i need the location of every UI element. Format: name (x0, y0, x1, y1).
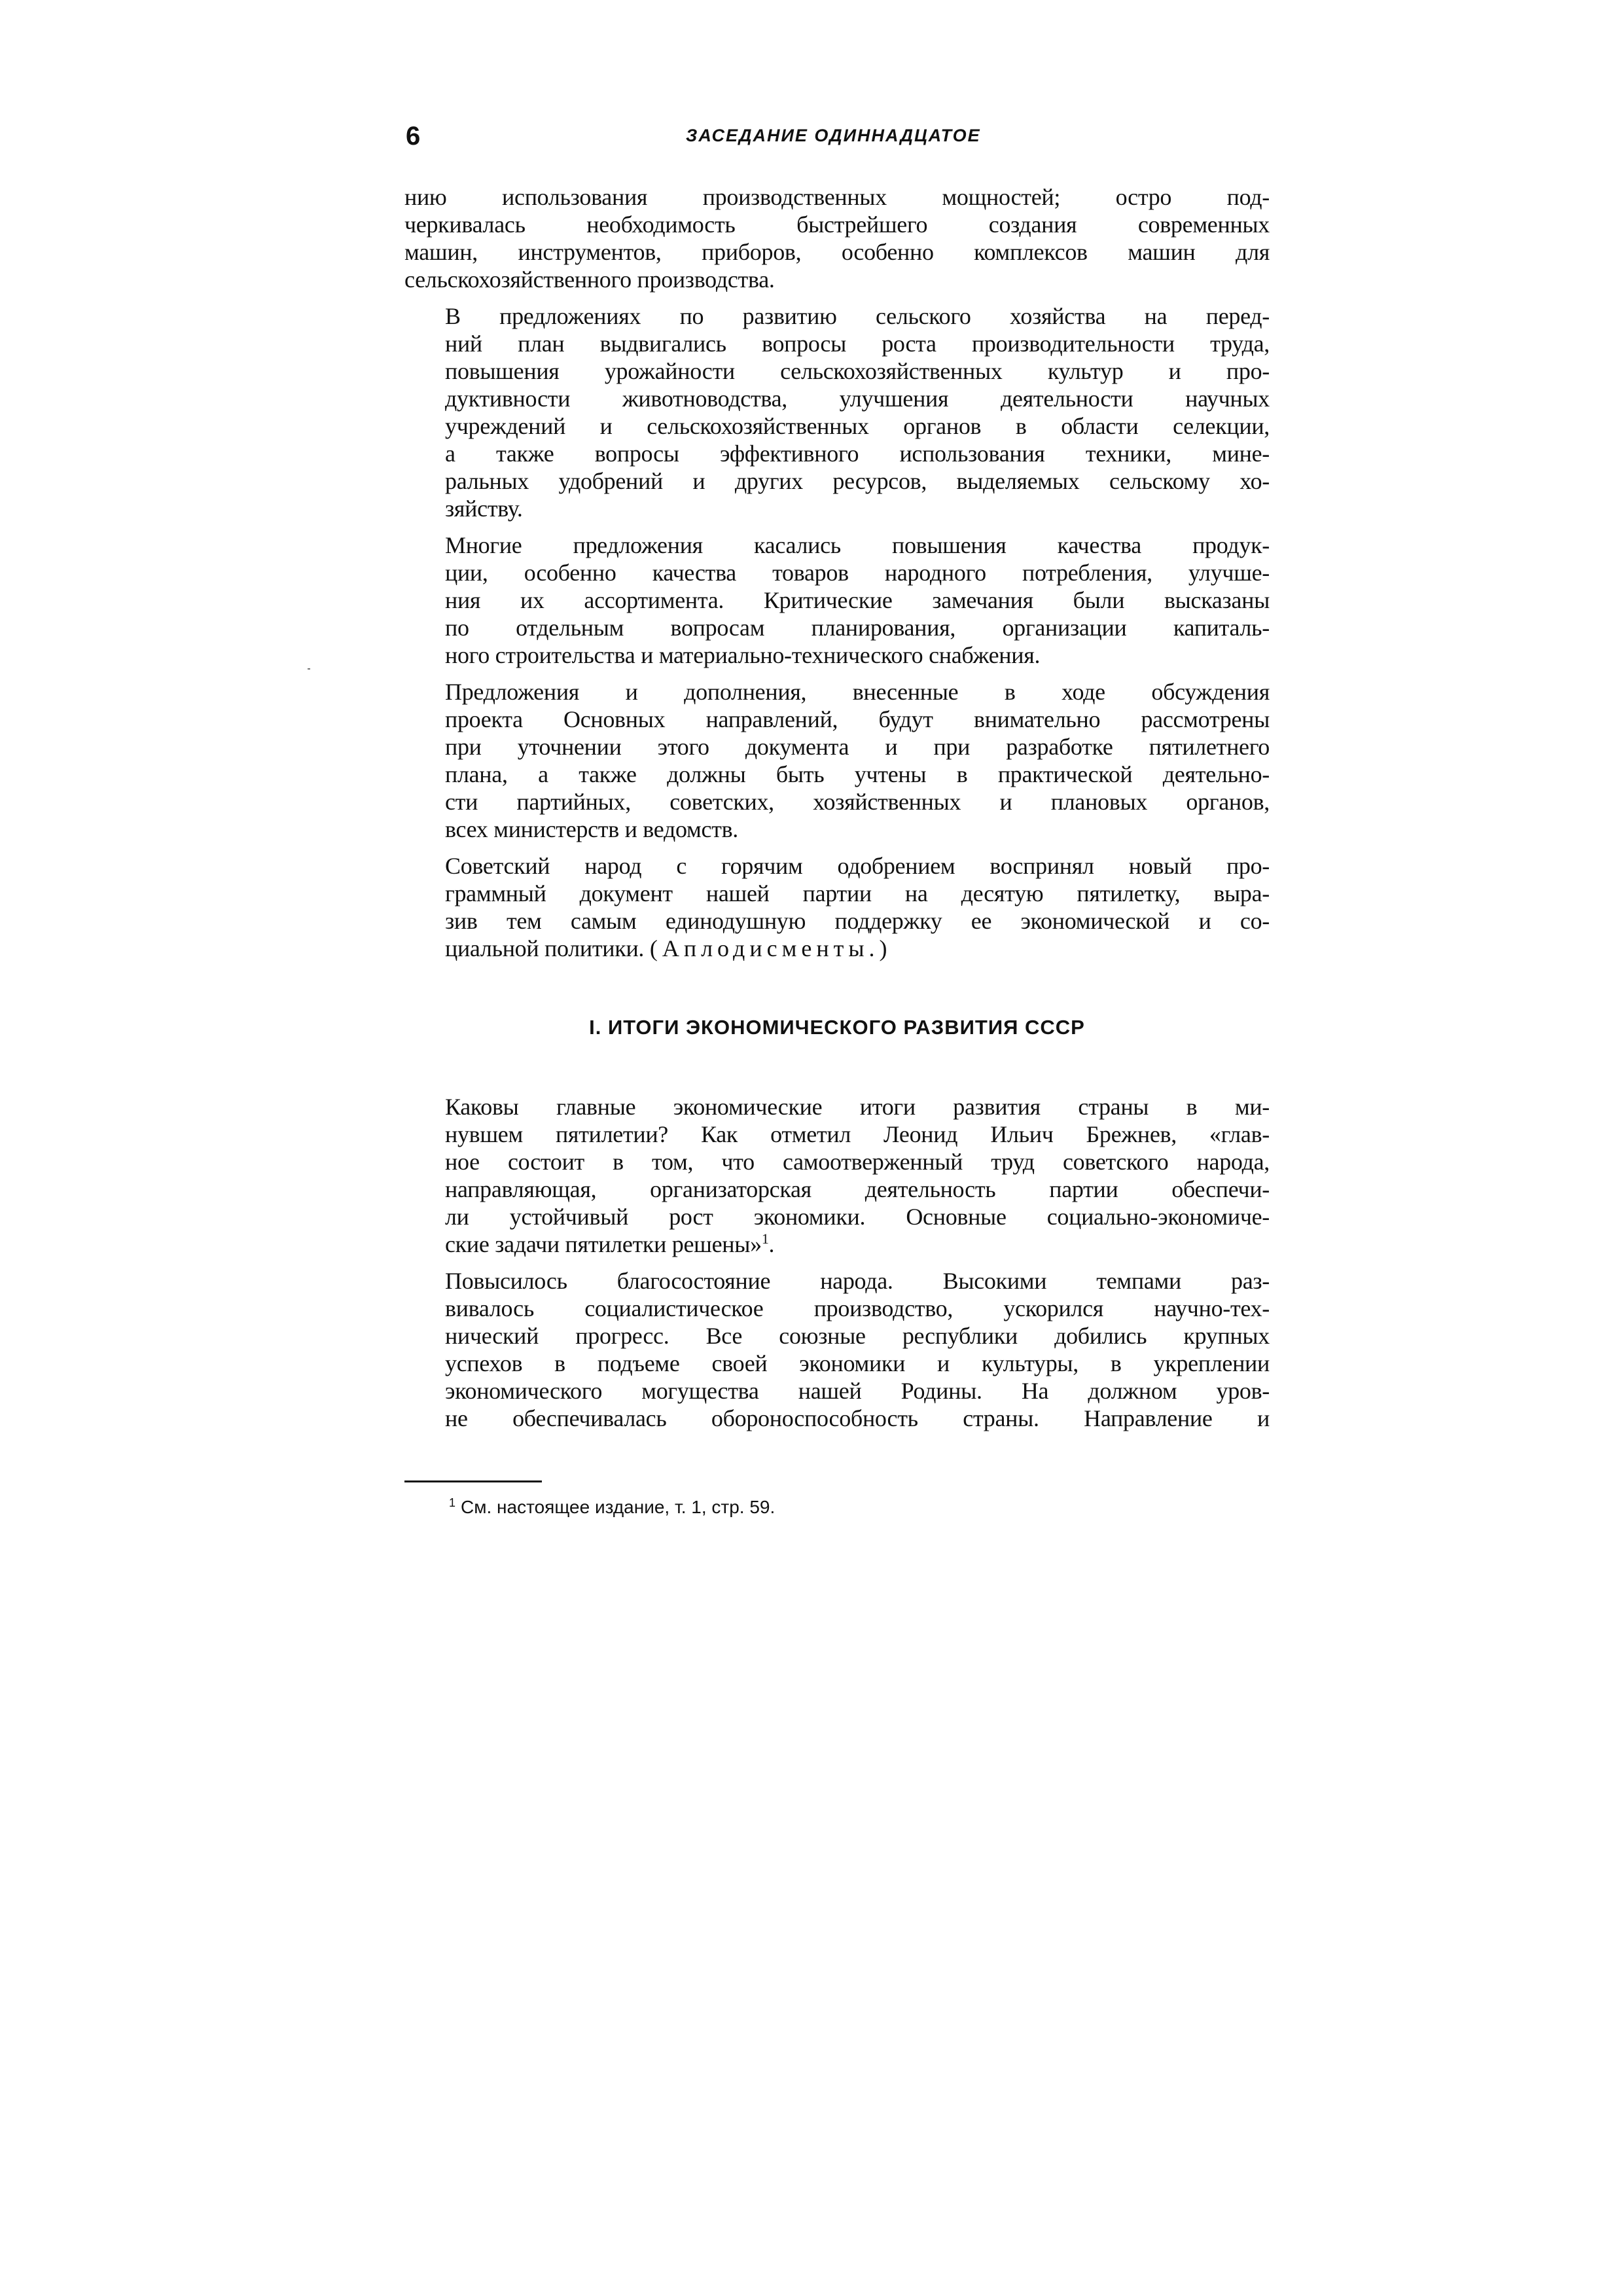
text-line: Предложения и дополнения, внесенные в хо… (404, 678, 1270, 706)
text-line: экономического могущества нашей Родины. … (404, 1377, 1270, 1405)
text-line: ральных удобрений и других ресурсов, выд… (404, 467, 1270, 495)
text-line: вивалось социалистическое производство, … (404, 1295, 1270, 1322)
footnote-marker: 1 (449, 1496, 455, 1509)
scan-speck (308, 668, 310, 670)
paragraph: Повысилось благосостояние народа. Высоки… (404, 1267, 1270, 1432)
text-line: циальной политики. (Аплодисменты.) (404, 935, 1270, 962)
text-fragment: ские задачи пятилетки решены» (445, 1231, 762, 1257)
text-line: Каковы главные экономические итоги разви… (404, 1093, 1270, 1121)
text-line: черкивалась необходимость быстрейшего со… (404, 211, 1270, 238)
applause-remark: (Аплодисменты.) (650, 935, 892, 961)
text-line: ские задачи пятилетки решены»1. (404, 1230, 1270, 1258)
paragraph: Предложения и дополнения, внесенные в хо… (404, 678, 1270, 843)
book-page: 6 ЗАСЕДАНИЕ ОДИННАДЦАТОЕ нию использован… (404, 118, 1270, 1518)
text-line: ции, особенно качества товаров народного… (404, 559, 1270, 586)
text-line: успехов в подъеме своей экономики и куль… (404, 1350, 1270, 1377)
running-title: ЗАСЕДАНИЕ ОДИННАДЦАТОЕ (686, 126, 981, 146)
text-line: а также вопросы эффективного использован… (404, 440, 1270, 467)
footnote-text: См. настоящее издание, т. 1, стр. 59. (461, 1497, 775, 1517)
running-head: 6 ЗАСЕДАНИЕ ОДИННАДЦАТОЕ (404, 118, 1270, 157)
page-number: 6 (406, 122, 420, 151)
text-line: Советский народ с горячим одобрением вос… (404, 852, 1270, 880)
text-line: Многие предложения касались повышения ка… (404, 531, 1270, 559)
text-line: проекта Основных направлений, будут вним… (404, 706, 1270, 733)
paragraph: Каковы главные экономические итоги разви… (404, 1093, 1270, 1258)
text-line: ного строительства и материально-техниче… (404, 641, 1270, 669)
text-line: направляющая, организаторская деятельнос… (404, 1175, 1270, 1203)
section-heading: I. ИТОГИ ЭКОНОМИЧЕСКОГО РАЗВИТИЯ СССР (404, 1016, 1270, 1039)
paragraph: Многие предложения касались повышения ка… (404, 531, 1270, 669)
text-line: нию использования производственных мощно… (404, 183, 1270, 211)
text-line: повышения урожайности сельскохозяйственн… (404, 357, 1270, 385)
paragraph: Советский народ с горячим одобрением вос… (404, 852, 1270, 962)
footnote-divider (404, 1480, 542, 1482)
text-line: нический прогресс. Все союзные республик… (404, 1322, 1270, 1350)
text-line: нувшем пятилетии? Как отметил Леонид Иль… (404, 1121, 1270, 1148)
text-line: Повысилось благосостояние народа. Высоки… (404, 1267, 1270, 1295)
text-fragment: циальной политики. (445, 935, 644, 961)
paragraph: нию использования производственных мощно… (404, 183, 1270, 293)
text-line: сти партийных, советских, хозяйственных … (404, 788, 1270, 816)
text-line: по отдельным вопросам планирования, орга… (404, 614, 1270, 641)
text-line: В предложениях по развитию сельского хоз… (404, 302, 1270, 330)
footnote-reference[interactable]: 1 (762, 1230, 769, 1247)
text-line: зяйству. (404, 495, 1270, 522)
page-body: нию использования производственных мощно… (404, 183, 1270, 1518)
text-line: всех министерств и ведомств. (404, 816, 1270, 843)
text-line: ний план выдвигались вопросы роста произ… (404, 330, 1270, 357)
text-line: граммный документ нашей партии на десяту… (404, 880, 1270, 907)
text-line: зив тем самым единодушную поддержку ее э… (404, 907, 1270, 935)
text-line: ное состоит в том, что самоотверженный т… (404, 1148, 1270, 1175)
text-line: машин, инструментов, приборов, особенно … (404, 238, 1270, 266)
text-line: сельскохозяйственного производства. (404, 266, 1270, 293)
text-line: плана, а также должны быть учтены в прак… (404, 761, 1270, 788)
footnote: 1См. настоящее издание, т. 1, стр. 59. (449, 1497, 1270, 1518)
text-line: ния их ассортимента. Критические замечан… (404, 586, 1270, 614)
text-line: не обеспечивалась обороноспособность стр… (404, 1405, 1270, 1432)
text-line: ли устойчивый рост экономики. Основные с… (404, 1203, 1270, 1230)
text-line: учреждений и сельскохозяйственных органо… (404, 412, 1270, 440)
paragraph: В предложениях по развитию сельского хоз… (404, 302, 1270, 522)
text-line: при уточнении этого документа и при разр… (404, 733, 1270, 761)
text-line: дуктивности животноводства, улучшения де… (404, 385, 1270, 412)
